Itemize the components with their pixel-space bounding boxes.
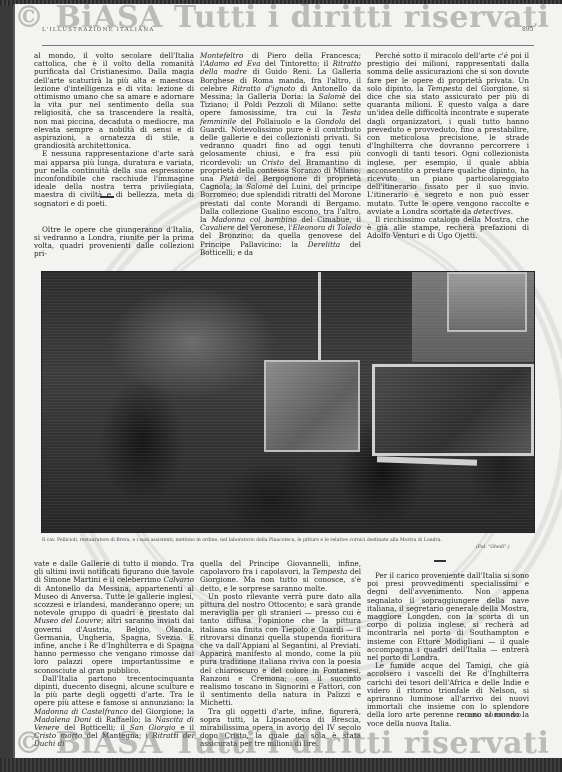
section-divider-dash xyxy=(100,196,114,198)
paragraph: vate e dalle Gallerie di tutto il mondo.… xyxy=(34,560,194,675)
photo-credit: (Fot. "Ghedi".) xyxy=(476,545,510,550)
paragraph: Montefeltro di Piero della Francesca; l'… xyxy=(200,52,361,257)
text-run: Dall'Italia partono trecentocinquanta di… xyxy=(34,674,194,708)
photo-caption: Il cav. Pellicioli, restauratore di Brer… xyxy=(42,538,534,543)
running-head: L'ILLUSTRAZIONE ITALIANA xyxy=(42,27,155,33)
text-run: del Giorgione, si dice che sia stato ass… xyxy=(367,84,529,216)
paragraph: Il ricchissimo catalogo della Mostra, ch… xyxy=(367,216,529,241)
paragraph: E nessuna rappresentazione d'arte sarà m… xyxy=(34,150,194,207)
author-signature: PIERO TORRIANO. xyxy=(460,713,524,719)
column-1-top: al mondo, il volto secolare dell'Italia … xyxy=(34,52,194,259)
paragraph: quella del Principe Giovannelli, infine,… xyxy=(200,560,361,593)
column-3-top: Perché sotto il miracolo dell'arte c'è p… xyxy=(367,52,529,241)
section-break xyxy=(34,208,194,226)
scan-bottom-edge xyxy=(0,758,562,772)
section-divider-dash xyxy=(434,560,446,562)
column-1-bottom: vate e dalle Gallerie di tutto il mondo.… xyxy=(34,560,194,749)
paragraph: Oltre le opere che giungeranno d'Italia,… xyxy=(34,226,194,259)
header-rule xyxy=(42,45,534,46)
text-run: ; altri saranno inviati dai governi d'Au… xyxy=(34,616,194,674)
paragraph: Perché sotto il miracolo dell'arte c'è p… xyxy=(367,52,529,216)
column-2-top: Montefeltro di Piero della Francesca; l'… xyxy=(200,52,361,257)
page-number: 895 xyxy=(522,26,533,33)
column-3-bottom: Per il carico proveniente dall'Italia si… xyxy=(367,572,529,728)
paragraph: Un posto rilevante verrà pure dato alla … xyxy=(200,593,361,708)
column-2-bottom: quella del Principe Giovannelli, infine,… xyxy=(200,560,361,749)
paragraph: al mondo, il volto secolare dell'Italia … xyxy=(34,52,194,150)
restoration-lab-photograph xyxy=(41,271,535,533)
paragraph: Per il carico proveniente dall'Italia si… xyxy=(367,572,529,662)
copyright-watermark-bottom: © BiASA Tutti i diritti riservati xyxy=(14,726,549,761)
artwork-title: Derelitta xyxy=(308,240,340,249)
text-run: di Antonello da Messina, appartenenti al… xyxy=(34,584,194,618)
photo-halftone-texture xyxy=(42,272,534,532)
